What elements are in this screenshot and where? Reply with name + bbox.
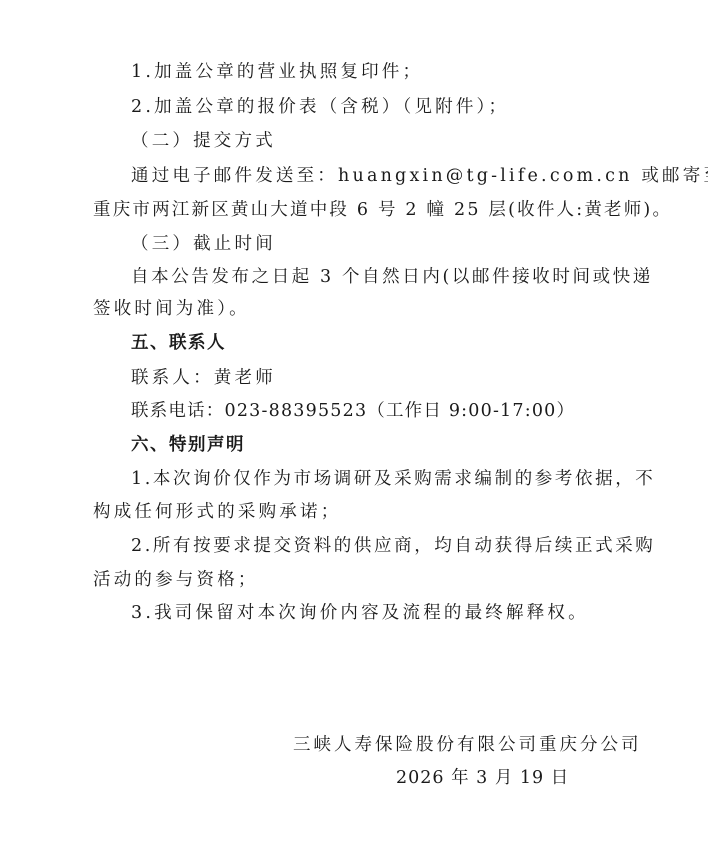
- statement-item-1-continued: 构成任何形式的采购承诺；: [93, 500, 341, 524]
- statement-item-2: 2.所有按要求提交资料的供应商，均自动获得后续正式采购: [131, 534, 655, 558]
- submission-email-text: 通过电子邮件发送至：huangxin@tg-life.com.cn 或邮寄至：: [131, 164, 708, 188]
- deadline-text-continued: 签收时间为准）。: [93, 297, 250, 321]
- submission-address-text: 重庆市两江新区黄山大道中段 6 号 2 幢 25 层(收件人:黄老师)。: [93, 198, 672, 222]
- signature-date: 2026 年 3 月 19 日: [396, 766, 569, 790]
- signature-company: 三峡人寿保险股份有限公司重庆分公司: [293, 733, 642, 757]
- section-heading-special-statement: 六、特别声明: [131, 433, 245, 457]
- item-quotation-form: 2.加盖公章的报价表（含税）（见附件）；: [131, 95, 509, 119]
- contact-phone: 联系电话：023-88395523（工作日 9:00-17:00）: [131, 399, 575, 423]
- section-heading-contact: 五、联系人: [131, 331, 226, 355]
- subheading-deadline: （三）截止时间: [131, 232, 276, 256]
- statement-item-3: 3.我司保留对本次询价内容及流程的最终解释权。: [131, 601, 589, 625]
- deadline-text: 自本公告发布之日起 3 个自然日内(以邮件接收时间或快递: [131, 265, 653, 289]
- item-business-license: 1.加盖公章的营业执照复印件；: [131, 60, 423, 84]
- statement-item-2-continued: 活动的参与资格；: [93, 568, 259, 592]
- subheading-submission-method: （二）提交方式: [131, 129, 276, 153]
- statement-item-1: 1.本次询价仅作为市场调研及采购需求编制的参考依据，不: [131, 467, 655, 491]
- contact-person: 联系人：黄老师: [131, 366, 276, 390]
